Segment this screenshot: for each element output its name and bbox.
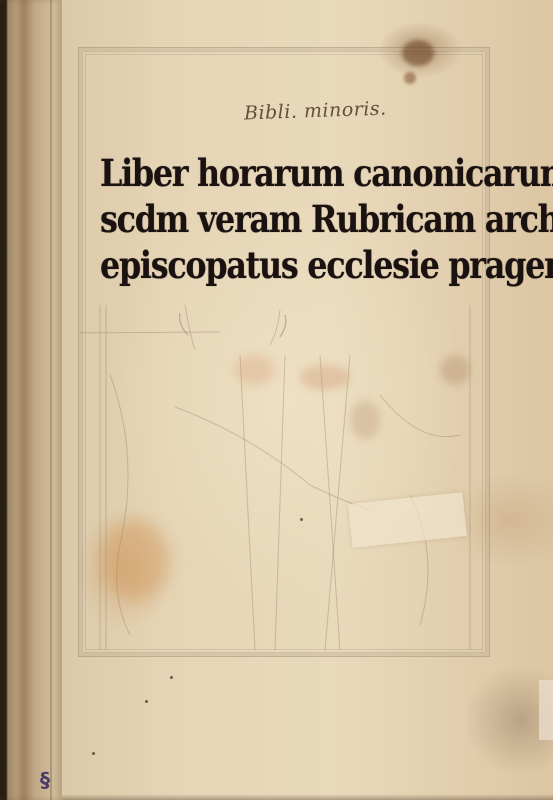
speck bbox=[170, 676, 173, 679]
document-page: Bibli. minoris. Liber horarum canonicaru… bbox=[0, 0, 553, 800]
spine-fold-line bbox=[50, 0, 52, 800]
printed-title-block: Liber horarum canonicarum scdm veram Rub… bbox=[100, 150, 495, 288]
foxing-stain bbox=[350, 400, 380, 440]
speck bbox=[145, 700, 148, 703]
page-edge-tear bbox=[539, 680, 553, 740]
bottom-edge-shadow bbox=[62, 794, 553, 800]
title-line-1: Liber horarum canonicarum bbox=[100, 150, 440, 196]
foxing-stain bbox=[235, 355, 275, 385]
title-line-3: episcopatus ecclesie pragensis. bbox=[100, 242, 440, 288]
ink-stain bbox=[402, 40, 434, 66]
foxing-stain bbox=[440, 355, 470, 385]
title-line-2: scdm veram Rubricam archi= bbox=[100, 196, 440, 242]
foxing-stain bbox=[300, 365, 350, 390]
ink-stain bbox=[404, 72, 416, 84]
binding-spine bbox=[0, 0, 62, 800]
library-stamp-icon: § bbox=[36, 768, 54, 792]
speck bbox=[300, 518, 303, 521]
speck bbox=[92, 752, 95, 755]
water-stain bbox=[100, 520, 170, 600]
